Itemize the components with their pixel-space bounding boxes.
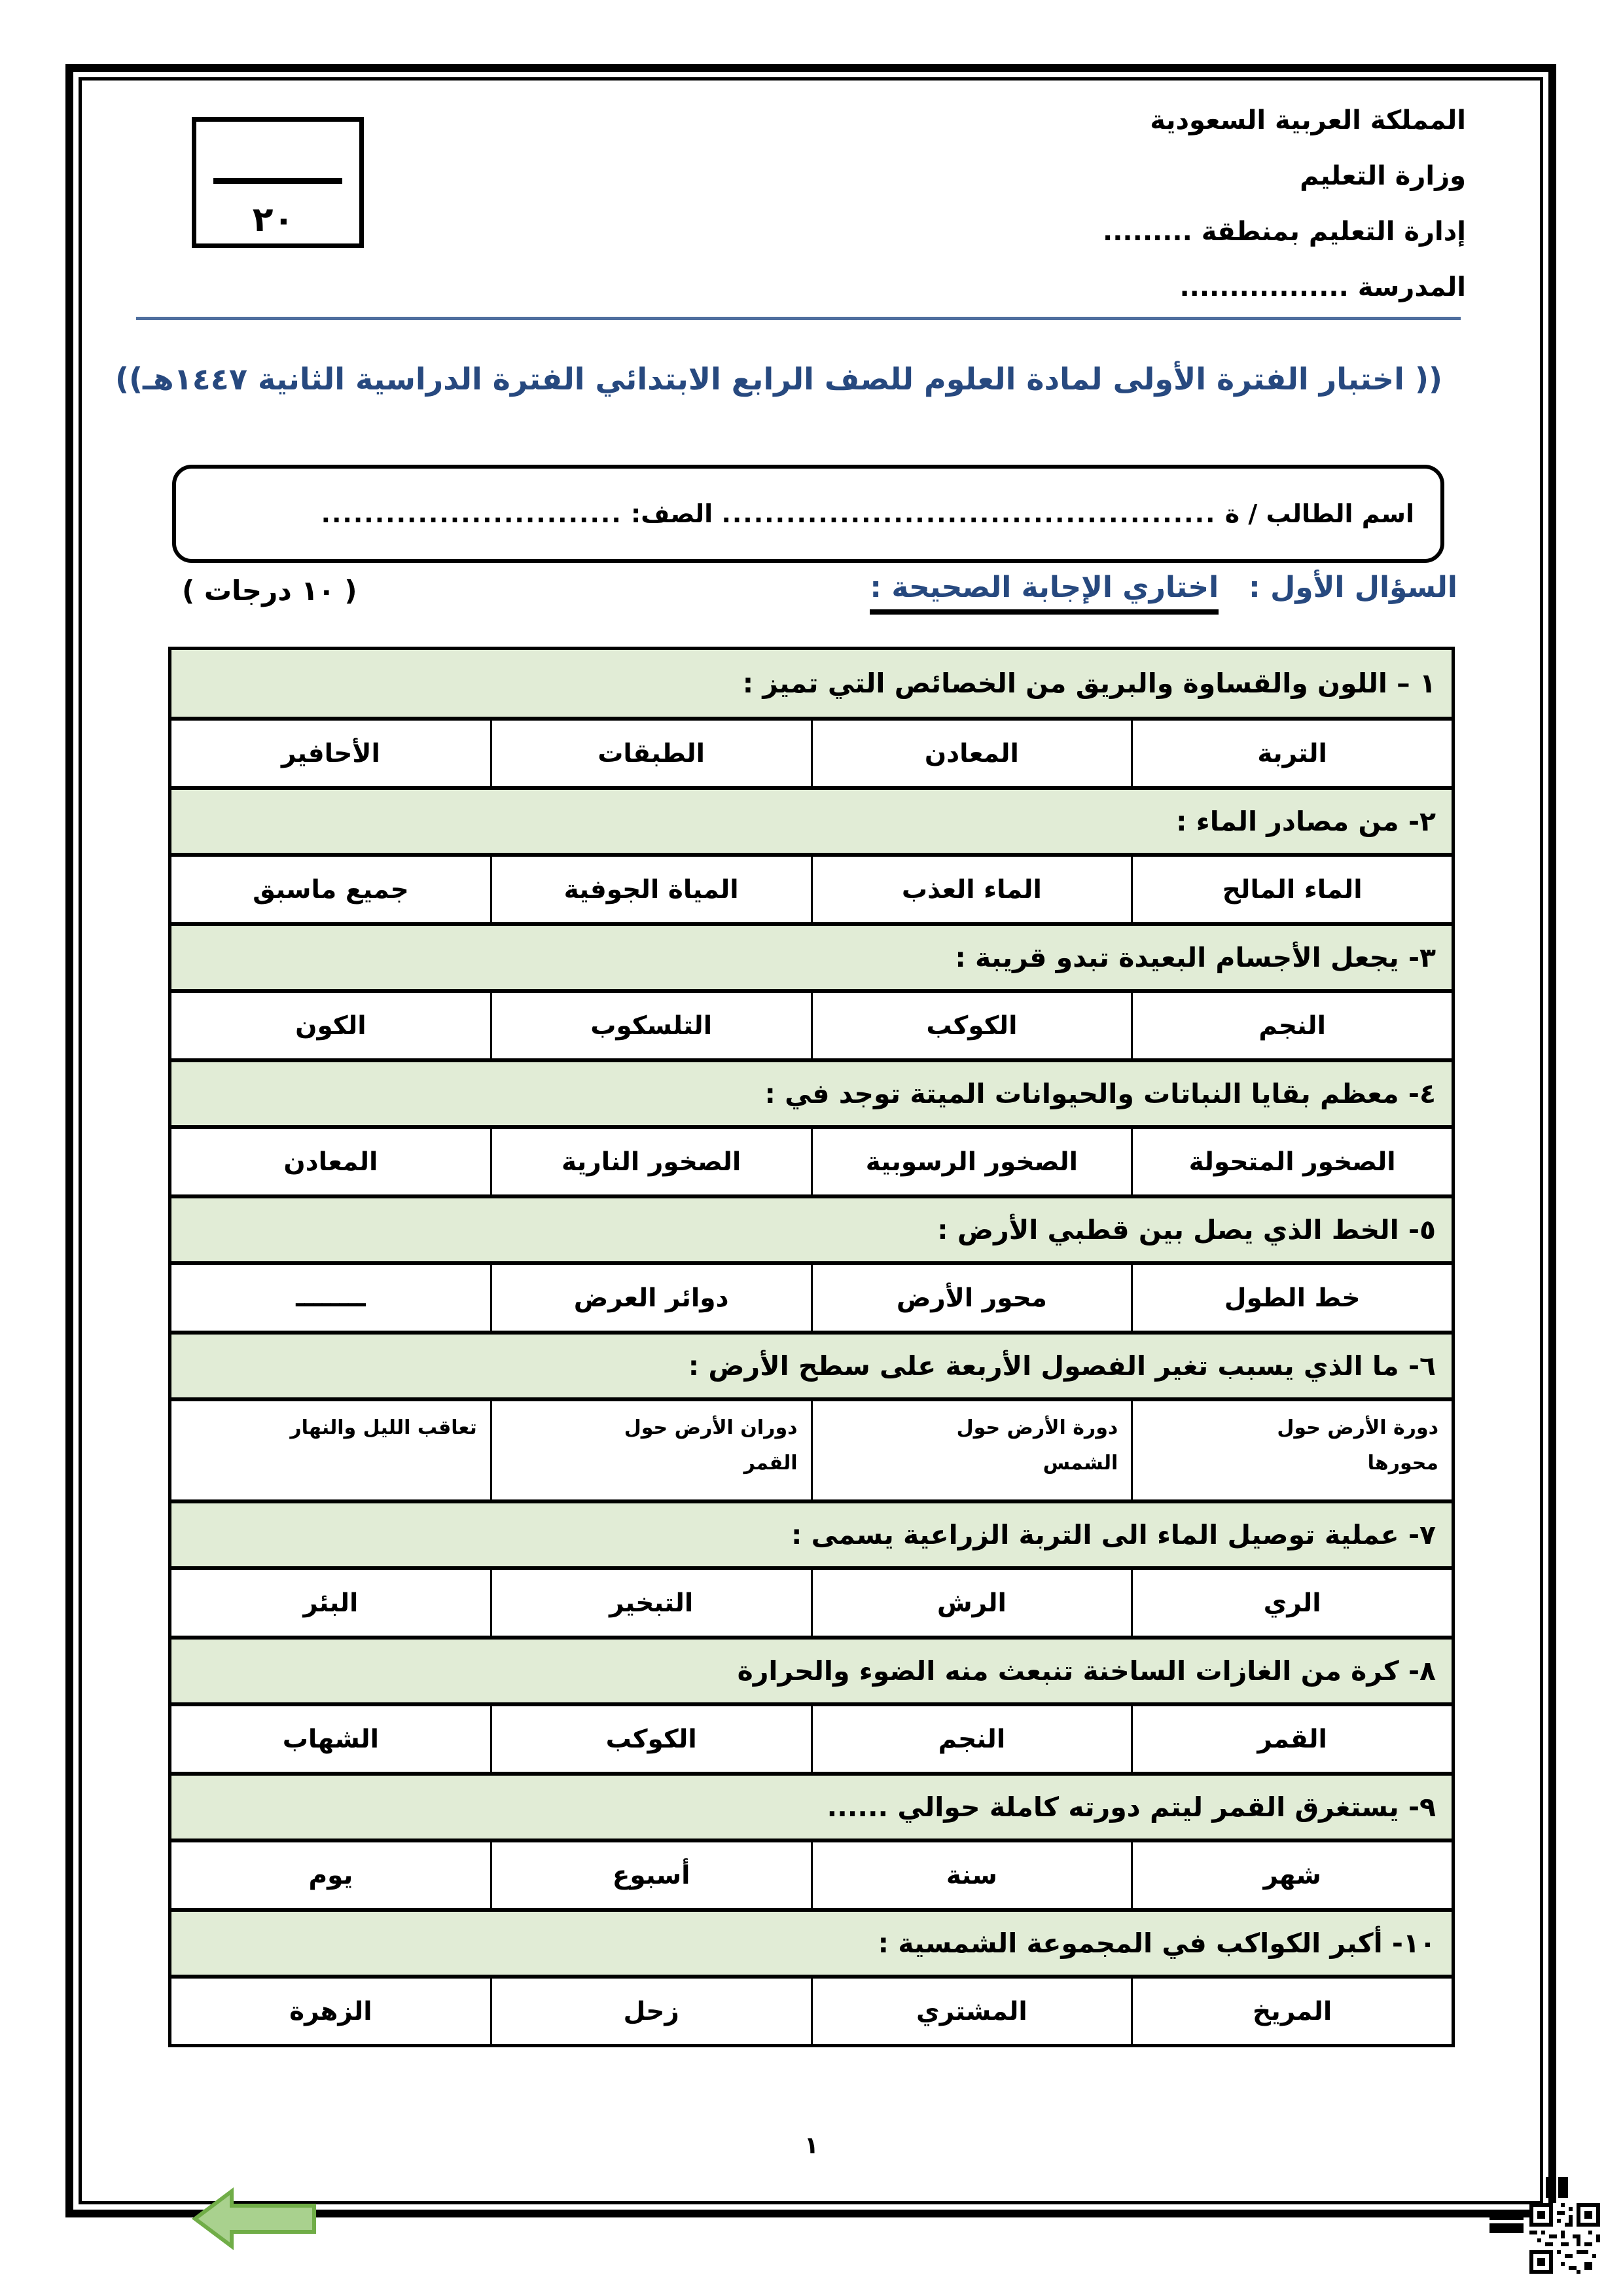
question-8-options: القمر النجم الكوكب الشهاب xyxy=(171,1706,1452,1772)
question-5-options: خط الطول محور الأرض دوائر العرض ــــــــ xyxy=(171,1265,1452,1331)
option-cell[interactable]: التلسكوب xyxy=(492,993,813,1058)
option-cell[interactable]: التربة xyxy=(1133,721,1452,786)
option-cell[interactable]: الزهرة xyxy=(171,1979,492,2044)
option-cell[interactable]: الرش xyxy=(813,1570,1133,1636)
back-arrow-icon[interactable] xyxy=(190,2187,317,2253)
score-blank-line xyxy=(213,178,342,184)
option-cell[interactable]: دوائر العرض xyxy=(492,1265,813,1331)
option-cell[interactable]: البئر xyxy=(171,1570,492,1636)
qr-code xyxy=(1529,2203,1600,2276)
gov-line-region: إدارة التعليم بمنطقة ......... xyxy=(1103,204,1466,260)
crop-mark-bar xyxy=(1546,2177,1554,2198)
question-3-options: النجم الكوكب التلسكوب الكون xyxy=(171,993,1452,1058)
question-9-text: ٩- يستغرق القمر ليتم دورته كاملة حوالي .… xyxy=(171,1772,1452,1842)
option-cell[interactable]: الري xyxy=(1133,1570,1452,1636)
option-cell[interactable]: دورة الأرض حول الشمس xyxy=(813,1401,1133,1499)
student-info-box: اسم الطالب / ة .........................… xyxy=(172,465,1444,563)
option-cell[interactable]: الأحافير xyxy=(171,721,492,786)
option-cell[interactable]: أسبوع xyxy=(492,1842,813,1908)
question-6-text: ٦- ما الذي يسبب تغير الفصول الأربعة على … xyxy=(171,1331,1452,1401)
question-1-options: التربة المعادن الطبقات الأحافير xyxy=(171,721,1452,786)
option-cell[interactable]: النجم xyxy=(1133,993,1452,1058)
option-cell[interactable]: الكون xyxy=(171,993,492,1058)
score-total: ٢٠ xyxy=(196,200,350,240)
section-marks: ( ١٠ درجات ) xyxy=(182,575,357,607)
class-field[interactable]: ............................ xyxy=(321,499,622,528)
header-divider xyxy=(136,317,1461,320)
option-cell[interactable]: الماء المالح xyxy=(1133,857,1452,922)
question-7-options: الري الرش التبخير البئر xyxy=(171,1570,1452,1636)
option-cell[interactable]: المريخ xyxy=(1133,1979,1452,2044)
option-cell[interactable]: الكوكب xyxy=(813,993,1133,1058)
option-cell[interactable]: جميع ماسبق xyxy=(171,857,492,922)
gov-line-ministry: وزارة التعليم xyxy=(1103,149,1466,204)
option-cell[interactable]: الشهاب xyxy=(171,1706,492,1772)
student-name-label: اسم الطالب / ة xyxy=(1225,499,1414,528)
option-cell[interactable]: يوم xyxy=(171,1842,492,1908)
gov-header: المملكة العربية السعودية وزارة التعليم إ… xyxy=(1103,93,1466,315)
question-4-options: الصخور المتحولة الصخور الرسوبية الصخور ا… xyxy=(171,1129,1452,1194)
exam-title: (( اختبار الفترة الأولى لمادة العلوم للص… xyxy=(92,361,1466,397)
question-10-text: ١٠- أكبر الكواكب في المجموعة الشمسية : xyxy=(171,1908,1452,1979)
option-cell[interactable]: دوران الأرض حول القمر xyxy=(492,1401,813,1499)
option-cell[interactable]: تعاقب الليل والنهار xyxy=(171,1401,492,1499)
question-2-options: الماء المالح الماء العذب المياة الجوفية … xyxy=(171,857,1452,922)
option-cell[interactable]: الكوكب xyxy=(492,1706,813,1772)
option-cell[interactable]: شهر xyxy=(1133,1842,1452,1908)
question-5-text: ٥- الخط الذي يصل بين قطبي الأرض : xyxy=(171,1194,1452,1265)
question-4-text: ٤- معظم بقايا النباتات والحيوانات الميتة… xyxy=(171,1058,1452,1129)
option-cell[interactable]: الصخور المتحولة xyxy=(1133,1129,1452,1194)
option-cell[interactable]: الصخور النارية xyxy=(492,1129,813,1194)
page-number: ١ xyxy=(0,2132,1623,2159)
score-box: ٢٠ xyxy=(192,117,364,248)
question-6-options: دورة الأرض حول محورها دورة الأرض حول الش… xyxy=(171,1401,1452,1499)
question-2-text: ٢- من مصادر الماء : xyxy=(171,786,1452,857)
section-instruction: اختاري الإجابة الصحيحة : xyxy=(870,571,1219,615)
option-cell[interactable]: النجم xyxy=(813,1706,1133,1772)
exam-page: { "header": { "score_total": "٢٠", "line… xyxy=(0,0,1623,2296)
option-cell[interactable]: التبخير xyxy=(492,1570,813,1636)
option-cell[interactable]: سنة xyxy=(813,1842,1133,1908)
option-cell[interactable]: الصخور الرسوبية xyxy=(813,1129,1133,1194)
option-cell[interactable]: ــــــــ xyxy=(171,1265,492,1331)
crop-mark-bar xyxy=(1558,2177,1568,2198)
gov-line-country: المملكة العربية السعودية xyxy=(1103,93,1466,149)
questions-table: ١ – اللون والقساوة والبريق من الخصائص ال… xyxy=(168,647,1455,2047)
section-heading: السؤال الأول : اختاري الإجابة الصحيحة : xyxy=(870,571,1457,604)
section-label: السؤال الأول : xyxy=(1249,571,1457,604)
question-8-text: ٨- كرة من الغازات الساخنة تنبعث منه الضو… xyxy=(171,1636,1452,1706)
option-cell[interactable]: القمر xyxy=(1133,1706,1452,1772)
option-cell[interactable]: دورة الأرض حول محورها xyxy=(1133,1401,1452,1499)
option-cell[interactable]: الماء العذب xyxy=(813,857,1133,922)
class-label: الصف: xyxy=(631,499,713,528)
option-cell[interactable]: المعادن xyxy=(171,1129,492,1194)
question-7-text: ٧- عملية توصيل الماء الى التربة الزراعية… xyxy=(171,1499,1452,1570)
question-10-options: المريخ المشتري زحل الزهرة xyxy=(171,1979,1452,2044)
student-name-field[interactable]: ........................................… xyxy=(721,499,1216,528)
option-cell[interactable]: الطبقات xyxy=(492,721,813,786)
question-9-options: شهر سنة أسبوع يوم xyxy=(171,1842,1452,1908)
question-3-text: ٣- يجعل الأجسام البعيدة تبدو قريبة : xyxy=(171,922,1452,993)
option-cell[interactable]: المياة الجوفية xyxy=(492,857,813,922)
option-cell[interactable]: المشتري xyxy=(813,1979,1133,2044)
option-cell[interactable]: خط الطول xyxy=(1133,1265,1452,1331)
option-cell[interactable]: محور الأرض xyxy=(813,1265,1133,1331)
gov-line-school: المدرسة ................. xyxy=(1103,260,1466,315)
option-cell[interactable]: المعادن xyxy=(813,721,1133,786)
crop-mark-bar xyxy=(1489,2223,1524,2233)
crop-mark-bar xyxy=(1489,2215,1524,2220)
question-1-text: ١ – اللون والقساوة والبريق من الخصائص ال… xyxy=(171,650,1452,721)
option-cell[interactable]: زحل xyxy=(492,1979,813,2044)
